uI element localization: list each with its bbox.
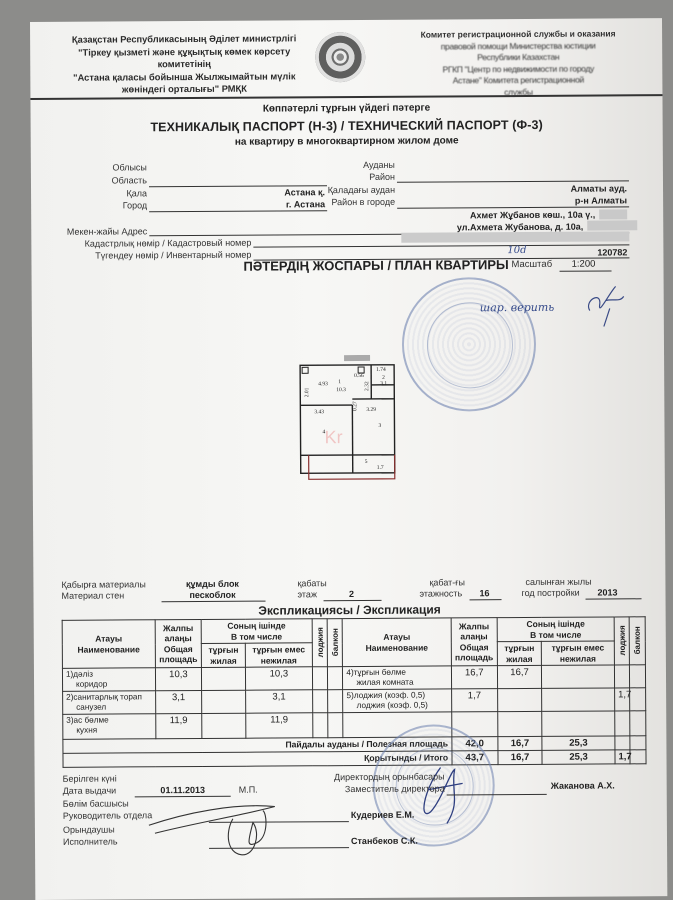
dim-label: 4.93 — [318, 381, 328, 387]
area-total: 1,7 — [451, 689, 497, 712]
official-stamp — [402, 277, 537, 412]
wall-material-line — [162, 601, 266, 603]
room-number: 1 — [338, 379, 341, 385]
city-district-label-ru: Район в городе — [321, 197, 395, 207]
wall-material-value-kz: құмды блок — [173, 579, 251, 589]
dim-label: 3.1 — [380, 381, 387, 387]
city-district-value-ru: р-н Алматы — [397, 195, 627, 206]
head-label-ru: Руководитель отдела — [63, 810, 152, 821]
executor-label-ru: Исполнитель — [63, 836, 118, 846]
scale-field-line — [560, 270, 612, 271]
head-name-text: Кудериев Е.М. — [351, 810, 415, 820]
col-balcony: балкон — [327, 619, 343, 667]
room-name: 5)лоджия (коэф. 0,5)лоджия (коэф. 0,5) — [343, 689, 451, 713]
area-living — [498, 711, 542, 736]
useful-area-living: 16,7 — [498, 736, 542, 750]
city-district-label-kz: Қаладағы аудан — [321, 185, 395, 195]
rayon-label-ru: Район — [321, 172, 395, 182]
floors-total-value: 16 — [469, 588, 499, 598]
stamp-note: шар. верить — [480, 301, 555, 314]
city-field-line — [149, 210, 327, 212]
signature-icon — [580, 280, 630, 328]
area-living — [498, 688, 542, 711]
header-text: В том числе — [205, 631, 308, 642]
document-title: ТЕХНИКАЛЫҚ ПАСПОРТ (Н-3) / ТЕХНИЧЕСКИЙ П… — [31, 117, 663, 135]
grand-total-nonliving: 25,3 — [542, 750, 615, 764]
table-header-row: АтауыНаименование ЖалпыалаңыОбщаяплощадь… — [62, 617, 645, 645]
grand-total-living: 16,7 — [498, 750, 542, 764]
area-total: 11,9 — [155, 713, 202, 738]
area-living — [202, 667, 246, 690]
dim-label: 10.3 — [336, 387, 346, 393]
deputy-label-kz: Директордың орынбасары — [325, 771, 445, 782]
executor-name-text: Станбеков С.К. — [351, 836, 418, 846]
header-text: нежилая — [249, 655, 308, 666]
executor-name: Станбеков С.К. — [351, 836, 418, 846]
header-text: лоджия — [315, 628, 326, 658]
header-text: Атауы — [346, 631, 447, 642]
area-loggia — [312, 690, 328, 713]
floor-label-ru: этаж — [297, 589, 317, 599]
dim-label: 0.27 — [352, 401, 358, 411]
room-name-kz: 4)тұрғын бөлме — [346, 667, 447, 678]
redacted-block — [587, 220, 637, 230]
useful-area-loggia — [615, 736, 631, 750]
executor-label-kz: Орындаушы — [63, 824, 115, 834]
area-nonliving — [542, 665, 615, 688]
rayon-field-line — [397, 180, 629, 182]
wall-material-label-ru: Материал стен — [61, 590, 124, 600]
area-living — [202, 690, 246, 713]
room-name: 1)дәлізкоридор — [62, 668, 155, 692]
col-incl: Соның ішіндеВ том числе — [201, 619, 312, 644]
room-name-ru: кухня — [66, 725, 152, 736]
dim-label: 1.74 — [376, 367, 386, 373]
grand-total-row: Қорытынды / Итого 43,7 16,7 25,3 1,7 — [63, 750, 646, 768]
header-line: "Астана қаласы бойынша Жылжымайтын мүлік — [54, 70, 314, 84]
issue-date-label-kz: Берілген күні — [63, 773, 117, 783]
col-loggia: лоджия — [614, 617, 630, 665]
plan-title: ПӘТЕРДІҢ ЖОСПАРЫ / ПЛАН КВАРТИРЫ — [243, 257, 508, 274]
room-number: 5 — [365, 459, 368, 465]
area-loggia — [614, 665, 630, 688]
room-name-kz: 5)лоджия (коэф. 0,5) — [346, 690, 447, 701]
area-loggia — [312, 667, 328, 690]
head-label-kz: Бөлім басшысы — [63, 798, 129, 808]
floor-label-kz: қабаты — [297, 578, 326, 588]
grand-total-balcony — [630, 750, 646, 764]
col-total: ЖалпыалаңыОбщаяплощадь — [451, 618, 498, 666]
room-name-ru — [347, 713, 448, 714]
head-name: Кудериев Е.М. — [351, 810, 415, 820]
header-text: жилая — [205, 655, 242, 666]
rayon-label-kz: Ауданы — [321, 160, 395, 170]
col-balcony: балкон — [630, 617, 646, 665]
deputy-name: Жаканова А.Х. — [551, 780, 615, 790]
year-line — [586, 598, 642, 599]
scale-label: Масштаб — [511, 259, 552, 270]
header-text: Общая — [454, 642, 493, 653]
header-text: Общая — [159, 643, 198, 654]
table-row: 3)ас бөлмекухня11,911,9 — [63, 711, 646, 740]
address-label: Мекен-жайы Адрес — [37, 226, 147, 237]
city-label-kz: Қала — [51, 188, 147, 199]
area-loggia — [312, 713, 328, 738]
header-text: Наименование — [66, 644, 152, 655]
header-text: лоджия — [618, 626, 629, 656]
room-name-kz: 3)ас бөлме — [66, 715, 152, 726]
dim-label: 0.56 — [354, 373, 364, 379]
col-nonliving: тұрғын емеснежилая — [246, 643, 312, 667]
kz-subtitle: Көппәтерлі тұрғын үйдегі пәтерге — [31, 101, 663, 116]
apartment-floor-plan: 0.56 1.74 4.93 1 10.3 2 3.1 3.43 3.29 3 … — [294, 355, 405, 486]
room-name: 2)санитарлық торапсанузел — [63, 691, 156, 715]
redacted-cadastral — [401, 231, 629, 242]
floors-total-label-kz: қабат-ғы — [429, 577, 465, 587]
useful-area-balcony — [630, 736, 646, 750]
floor-value: 2 — [323, 589, 379, 599]
dim-label: 3.29 — [366, 407, 376, 413]
oblast-label-ru: Область — [51, 175, 147, 186]
header-text: площадь — [159, 654, 198, 665]
state-emblem-icon — [315, 32, 365, 82]
area-balcony — [630, 665, 646, 688]
header-text: балкон — [633, 627, 644, 655]
header-text: алаңы — [158, 633, 197, 644]
city-label-ru: Город — [51, 200, 147, 211]
cadastral-label: Кадастрлық нөмір / Кадастровый номер — [51, 238, 251, 249]
dim-label: 1.7 — [377, 465, 384, 471]
room-name-ru: лоджия (коэф. 0,5) — [347, 700, 448, 711]
header-text: В том числе — [501, 629, 611, 640]
issuer-header-ru: Комитет регистрационной службы и оказани… — [398, 28, 638, 98]
area-nonliving: 10,3 — [246, 667, 312, 690]
dim-label: 3.43 — [314, 409, 324, 415]
col-living: тұрғынжилая — [201, 643, 245, 667]
area-living — [202, 713, 246, 738]
technical-passport-document: Қазақстан Республикасының Әділет министр… — [30, 18, 667, 900]
room-number: 3 — [378, 423, 381, 429]
area-loggia: 1,7 — [615, 688, 631, 711]
header-text: тұрғын — [205, 645, 242, 656]
col-nonliving: тұрғын емеснежилая — [541, 641, 614, 665]
col-name: АтауыНаименование — [343, 618, 451, 667]
inventory-value: 120782 — [561, 247, 627, 257]
area-total: 3,1 — [155, 690, 201, 713]
col-name: АтауыНаименование — [62, 620, 155, 669]
header-text: тұрғын — [501, 643, 538, 654]
year-value: 2013 — [587, 587, 627, 597]
issue-date-label-ru: Дата выдачи — [63, 785, 117, 795]
area-balcony — [630, 688, 646, 711]
area-balcony — [328, 713, 344, 738]
wall-material-label-kz: Қабырға материалы — [61, 579, 146, 590]
area-balcony — [630, 711, 646, 736]
area-balcony — [327, 667, 343, 690]
redacted-block — [599, 209, 627, 219]
floor-line — [324, 600, 382, 601]
room-name-ru: санузел — [66, 702, 152, 713]
year-label-ru: год постройки — [521, 588, 579, 598]
area-total: 10,3 — [155, 667, 201, 690]
year-label-kz: салынған жылы — [525, 577, 591, 587]
oblast-label-kz: Облысы — [51, 162, 147, 173]
wall-material-value-ru: пескоблок — [173, 590, 251, 600]
inventory-handwritten: 10d — [507, 245, 526, 256]
room-name-ru: коридор — [66, 679, 152, 690]
deputy-label-ru: Заместитель директора — [325, 783, 445, 794]
watermark: Kr — [324, 427, 342, 447]
header-text: нежилая — [545, 653, 611, 664]
grand-total-loggia: 1,7 — [615, 750, 631, 764]
scale-value: 1:200 — [559, 258, 607, 269]
area-nonliving — [542, 711, 615, 736]
deputy-name-text: Жаканова А.Х. — [551, 780, 615, 790]
header-text: Соның ішінде — [501, 618, 611, 629]
dim-label: 2.32 — [364, 381, 370, 391]
header-text: площадь — [454, 652, 493, 663]
area-living: 16,7 — [497, 665, 541, 688]
city-district-value-kz: Алматы ауд. — [397, 183, 627, 194]
address-value-kz: Ахмет Жұбанов көш., 10а ү., — [397, 210, 595, 221]
dim-label: 2.01 — [304, 387, 310, 397]
area-nonliving — [542, 688, 615, 711]
area-nonliving: 3,1 — [246, 690, 312, 713]
room-name-kz: 1)дәліз — [66, 669, 152, 680]
useful-area-nonliving: 25,3 — [542, 736, 615, 750]
area-nonliving: 11,9 — [246, 713, 312, 738]
room-name-kz — [347, 713, 448, 714]
header-text: Жалпы — [454, 621, 493, 632]
header-text: балкон — [331, 629, 342, 657]
city-value-ru: г. Астана — [149, 199, 325, 210]
header-text: тұрғын емес — [249, 644, 308, 655]
inventory-label: Түгендеу нөмір / Инвентарный номер — [51, 250, 251, 261]
col-loggia: лоджия — [312, 619, 328, 667]
room-name: 4)тұрғын бөлмежилая комната — [343, 666, 451, 690]
header-text: жилая — [501, 653, 538, 664]
col-living: тұрғынжилая — [497, 641, 541, 665]
floors-total-label-ru: этажность — [419, 588, 462, 598]
header-text: тұрғын емес — [545, 642, 611, 653]
city-value-kz: Астана қ. — [149, 187, 325, 198]
header-text: Атауы — [66, 633, 152, 644]
explication-table: АтауыНаименование ЖалпыалаңыОбщаяплощадь… — [62, 616, 647, 768]
area-total: 16,7 — [451, 666, 497, 689]
floors-total-line — [470, 599, 502, 600]
area-balcony — [328, 690, 344, 713]
area-loggia — [615, 711, 631, 736]
header-text: Жалпы — [158, 622, 197, 633]
header-text: Наименование — [346, 642, 447, 653]
header-text: Соның ішінде — [205, 620, 308, 631]
issuer-header-kz: Қазақстан Республикасының Әділет министр… — [54, 32, 314, 96]
header-line: Қазақстан Республикасының Әділет министр… — [54, 32, 314, 46]
executor-signature-icon — [145, 792, 295, 863]
col-total: ЖалпыалаңыОбщаяплощадь — [155, 619, 202, 667]
ru-subtitle: на квартиру в многоквартирном жилом доме — [31, 134, 663, 149]
city-district-field-line — [397, 206, 629, 208]
col-incl: Соның ішіндеВ том числе — [497, 617, 614, 642]
header-text: алаңы — [454, 631, 493, 642]
header-line: жөніндегі орталығы" РМҚК — [54, 82, 314, 96]
header-line: "Тіркеу қызметі және құқықтық көмек көрс… — [54, 45, 314, 59]
room-name: 3)ас бөлмекухня — [63, 714, 156, 740]
room-name-kz: 2)санитарлық торап — [66, 692, 152, 703]
deputy-signature-line — [447, 794, 547, 796]
room-name-ru: жилая комната — [346, 677, 447, 688]
